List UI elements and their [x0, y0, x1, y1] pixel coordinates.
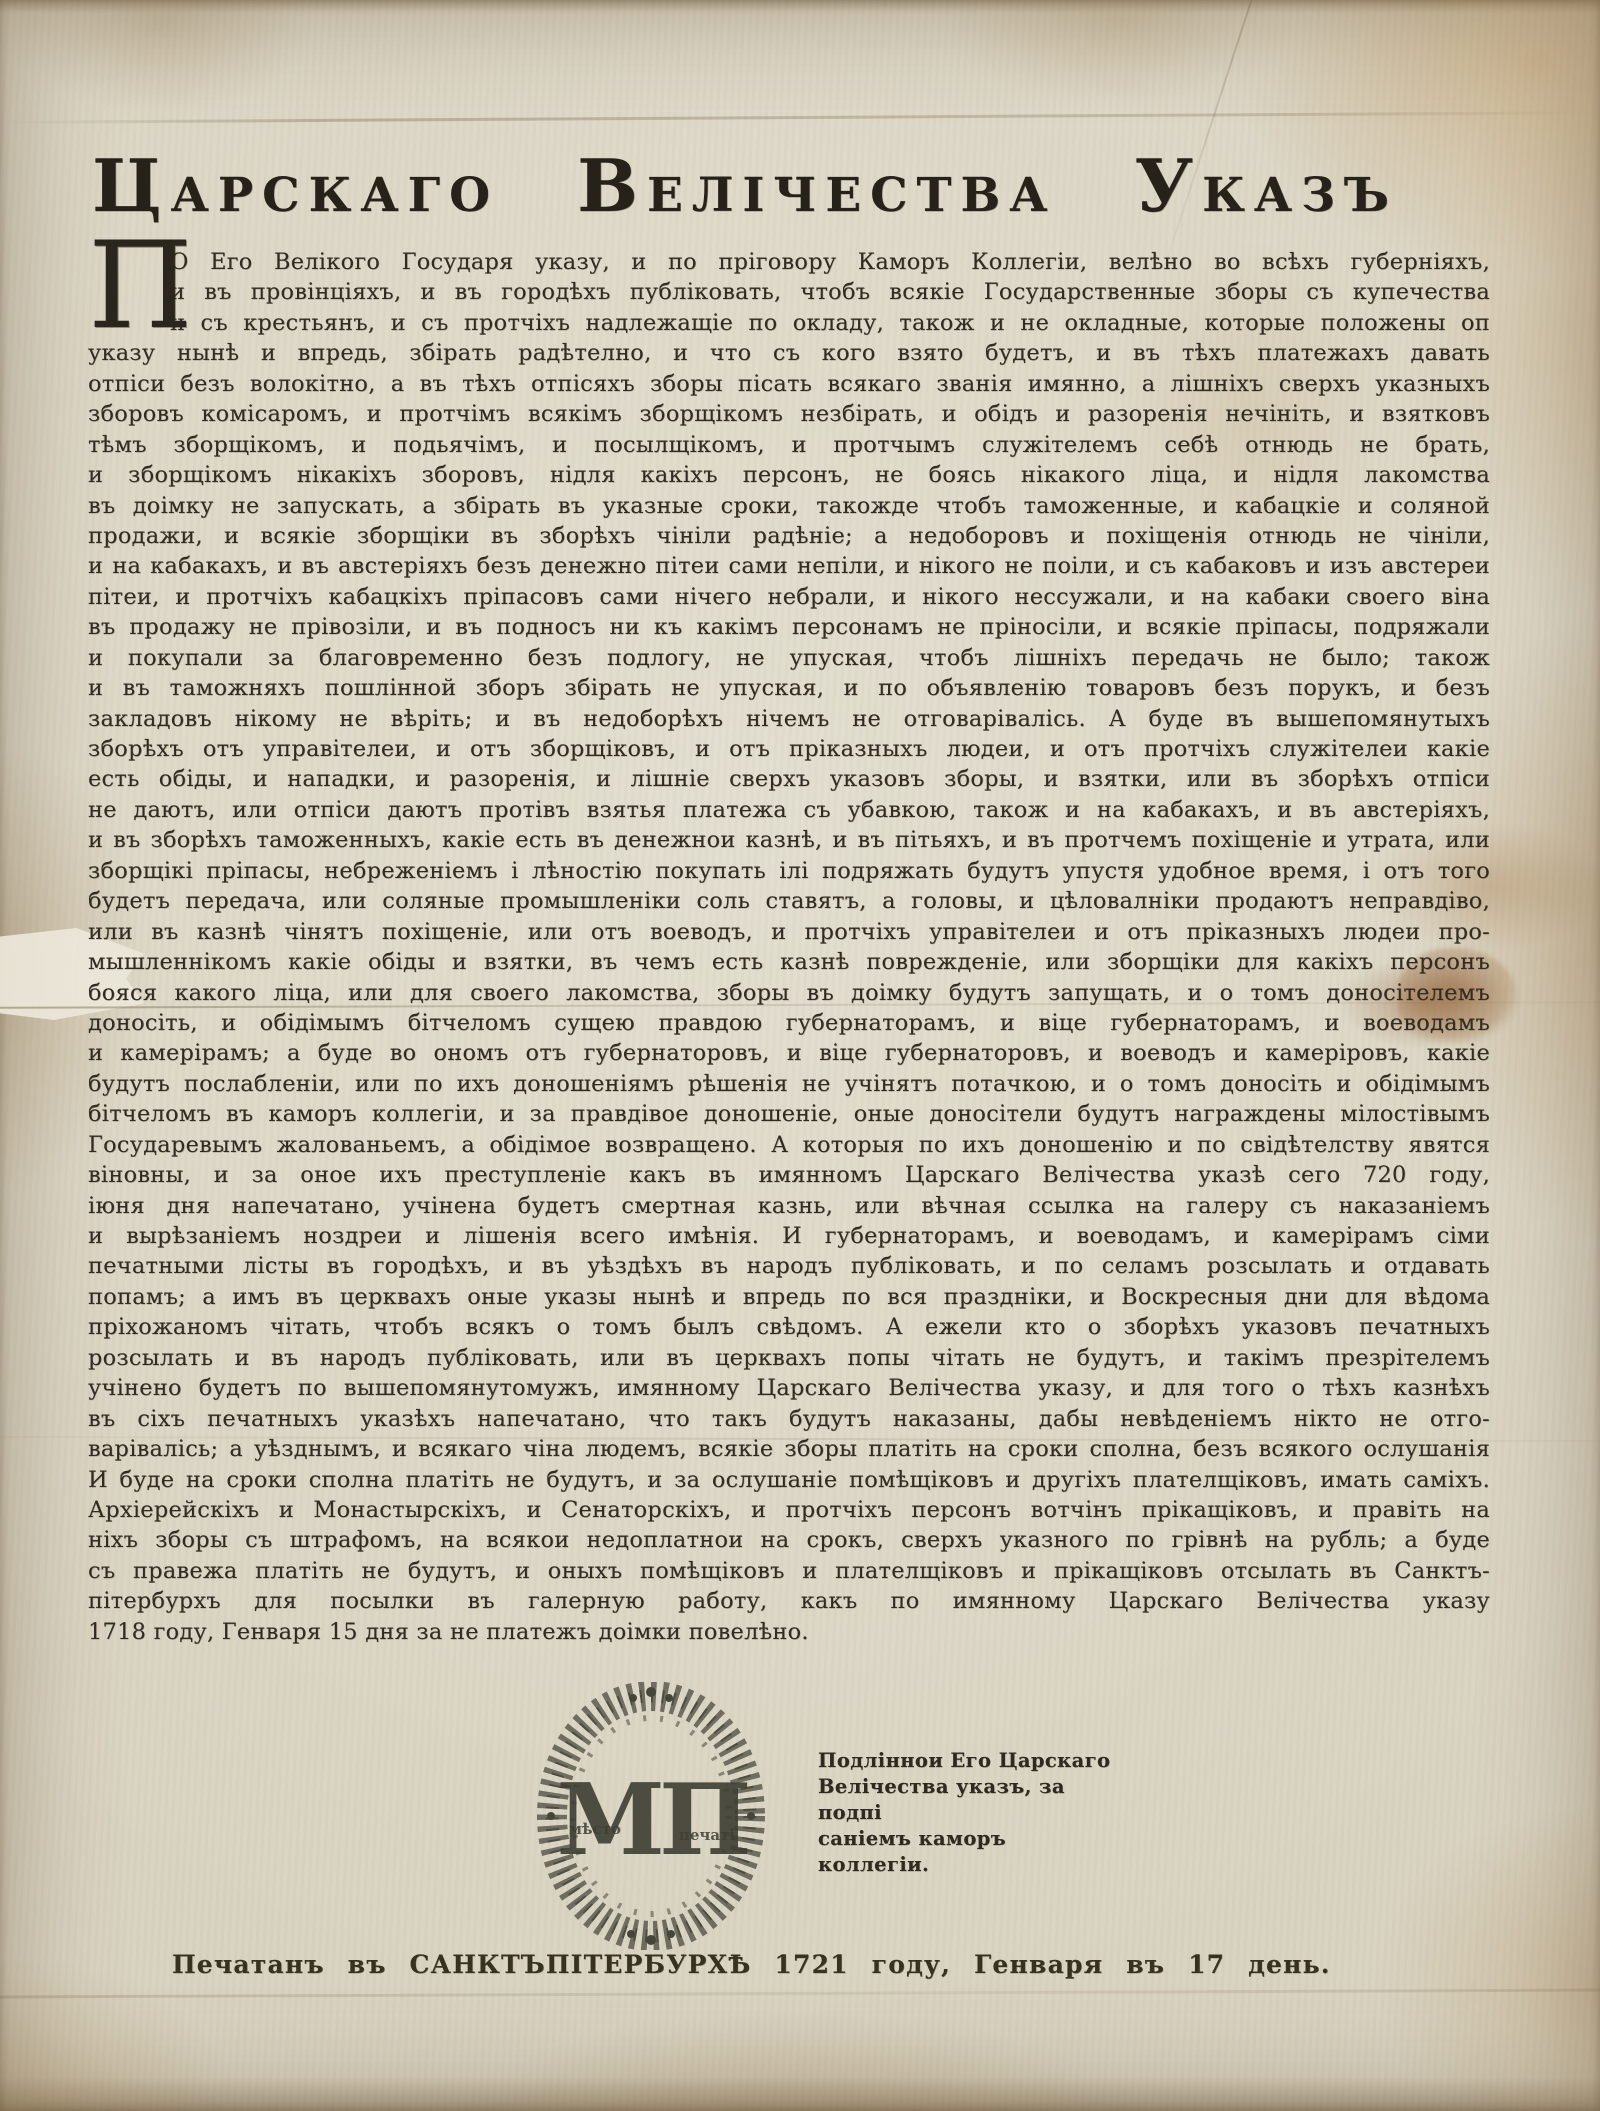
body-line: Государевымъ жалованьемъ, а обідімое воз…: [88, 1130, 1490, 1160]
decree-body: П О Его Велікого Государя указу, и по пр…: [88, 247, 1490, 1647]
body-line: будетъ передача, или соляные промышленік…: [88, 886, 1490, 916]
body-line: іюня дня напечатано, учінена будетъ смер…: [88, 1191, 1490, 1221]
paper-crease: [0, 111, 1600, 124]
body-line: И буде на сроки сполна платіть не будутъ…: [88, 1465, 1490, 1495]
body-line: зборовъ комісаромъ, и протчімъ всякімъ з…: [88, 399, 1490, 429]
body-line: печатными лісты въ городѣхъ, и въ уѣздѣх…: [88, 1251, 1490, 1281]
body-line: учінено будетъ по вышепомянутомужъ, имян…: [88, 1373, 1490, 1403]
body-line: бояся какого ліца, или для своего лакомс…: [88, 978, 1490, 1008]
body-line: віновны, и за оное ихъ преступленіе какъ…: [88, 1160, 1490, 1190]
seal-word-mesto: мѣсто: [569, 1820, 621, 1838]
body-line: пітербурхъ для посылки въ галерную работ…: [88, 1586, 1490, 1616]
kamor-collegium-seal: МП мѣсто печаті: [533, 1682, 769, 1950]
body-line: и въ провінціяхъ, и въ городѣхъ публіков…: [88, 277, 1490, 307]
body-line: ніхъ зборы съ штрафомъ, на всякои недопл…: [88, 1525, 1490, 1555]
title-word: Велічества: [577, 141, 1056, 241]
body-line: и съ крестьянъ, и съ протчіхъ надлежащіе…: [88, 308, 1490, 338]
body-line: мышленнікомъ какіе обіды и взятки, въ че…: [88, 947, 1490, 977]
imprint-line: Печатанъ въ САНКТЪПІТЕРБУРХѢ 1721 году, …: [172, 1950, 1412, 1979]
body-line: есть обіды, и нападки, и разоренія, и лі…: [88, 764, 1490, 794]
body-line: доносіть, и обідімымъ бітчеломъ сущею пр…: [88, 1008, 1490, 1038]
seal-caption-line: Подліннои Его Царскаго: [818, 1748, 1118, 1774]
body-line: въ сіхъ печатныхъ указѣхъ напечатано, чт…: [88, 1404, 1490, 1434]
body-line: зборщікі пріпасы, небреженіемъ і лѣності…: [88, 856, 1490, 886]
body-line: и покупали за благовременно безъ подлогу…: [88, 643, 1490, 673]
body-line: зборѣхъ отъ управітелеи, и отъ зборщіков…: [88, 734, 1490, 764]
body-line: не даютъ, или отпіси даютъ протівъ взять…: [88, 795, 1490, 825]
body-line: и въ таможняхъ пошлінной зборъ збірать н…: [88, 673, 1490, 703]
body-line: пріхожаномъ чітать, чтобъ всякъ о томъ б…: [88, 1312, 1490, 1342]
body-line: закладовъ нікому не вѣріть; и въ недобор…: [88, 704, 1490, 734]
seal-caption: Подліннои Его Царскаго Велічества указъ,…: [818, 1748, 1118, 1878]
decree-title: Царскаго Велічества указЪ: [85, 141, 1405, 241]
body-line: варівалісь; а уѣзднымъ, и всякаго чіна л…: [88, 1434, 1490, 1464]
body-line: въ доімку не запускать, а збірать въ ука…: [88, 491, 1490, 521]
body-line: пітеи, и протчіхъ кабацкіхъ пріпасовъ са…: [88, 582, 1490, 612]
seal-word-pechati: печаті: [679, 1826, 736, 1844]
seal-caption-line: Велічества указъ, за подпі: [818, 1774, 1118, 1826]
body-line: розсылать и въ народъ публіковать, или в…: [88, 1343, 1490, 1373]
body-line: или въ казнѣ чінятъ похіщеніе, или отъ в…: [88, 917, 1490, 947]
body-line: и зборщікомъ нікакіхъ зборовъ, нідля как…: [88, 460, 1490, 490]
body-line: и въ зборѣхъ таможенныхъ, какіе есть въ …: [88, 825, 1490, 855]
paper-crease: [0, 1989, 1600, 1999]
body-line: въ продажу не прівозіли, и въ подносъ ни…: [88, 612, 1490, 642]
body-line: и камерірамъ; а буде во ономъ отъ губерн…: [88, 1038, 1490, 1068]
drop-cap: П: [88, 237, 193, 337]
body-line: будутъ послабленіи, или по ихъ доношенія…: [88, 1069, 1490, 1099]
seal-caption-line: саніемъ каморъ коллегіи.: [818, 1826, 1118, 1878]
body-line: 1718 году, Генваря 15 дня за не платежъ …: [88, 1617, 1490, 1647]
decree-page: Царскаго Велічества указЪ П О Его Веліко…: [0, 0, 1600, 2111]
body-line: съ правежа платіть не будутъ, и оныхъ по…: [88, 1556, 1490, 1586]
body-line: Архіерейскіхъ и Монастырскіхъ, и Сенатор…: [88, 1495, 1490, 1525]
body-line: и вырѣзаніемъ ноздреи и лішенія всего им…: [88, 1221, 1490, 1251]
body-line: указу нынѣ и впредь, збірать радѣтелно, …: [88, 338, 1490, 368]
body-line: бітчеломъ въ каморъ коллегіи, и за правд…: [88, 1099, 1490, 1129]
body-line: попамъ; а имъ въ церквахъ оные указы нын…: [88, 1282, 1490, 1312]
title-word: указЪ: [1135, 141, 1398, 241]
decree-body-lines: О Его Велікого Государя указу, и по пріг…: [88, 247, 1490, 1647]
body-line: продажи, и всякіе зборщіки въ зборѣхъ чі…: [88, 521, 1490, 551]
body-line: отпіси безъ волокітно, а въ тѣхъ отпісях…: [88, 369, 1490, 399]
body-line: и на кабакахъ, и въ австеріяхъ безъ дене…: [88, 551, 1490, 581]
body-line: О Его Велікого Государя указу, и по пріг…: [88, 247, 1490, 277]
body-line: тѣмъ зборщікомъ, и подьячімъ, и посылщік…: [88, 430, 1490, 460]
